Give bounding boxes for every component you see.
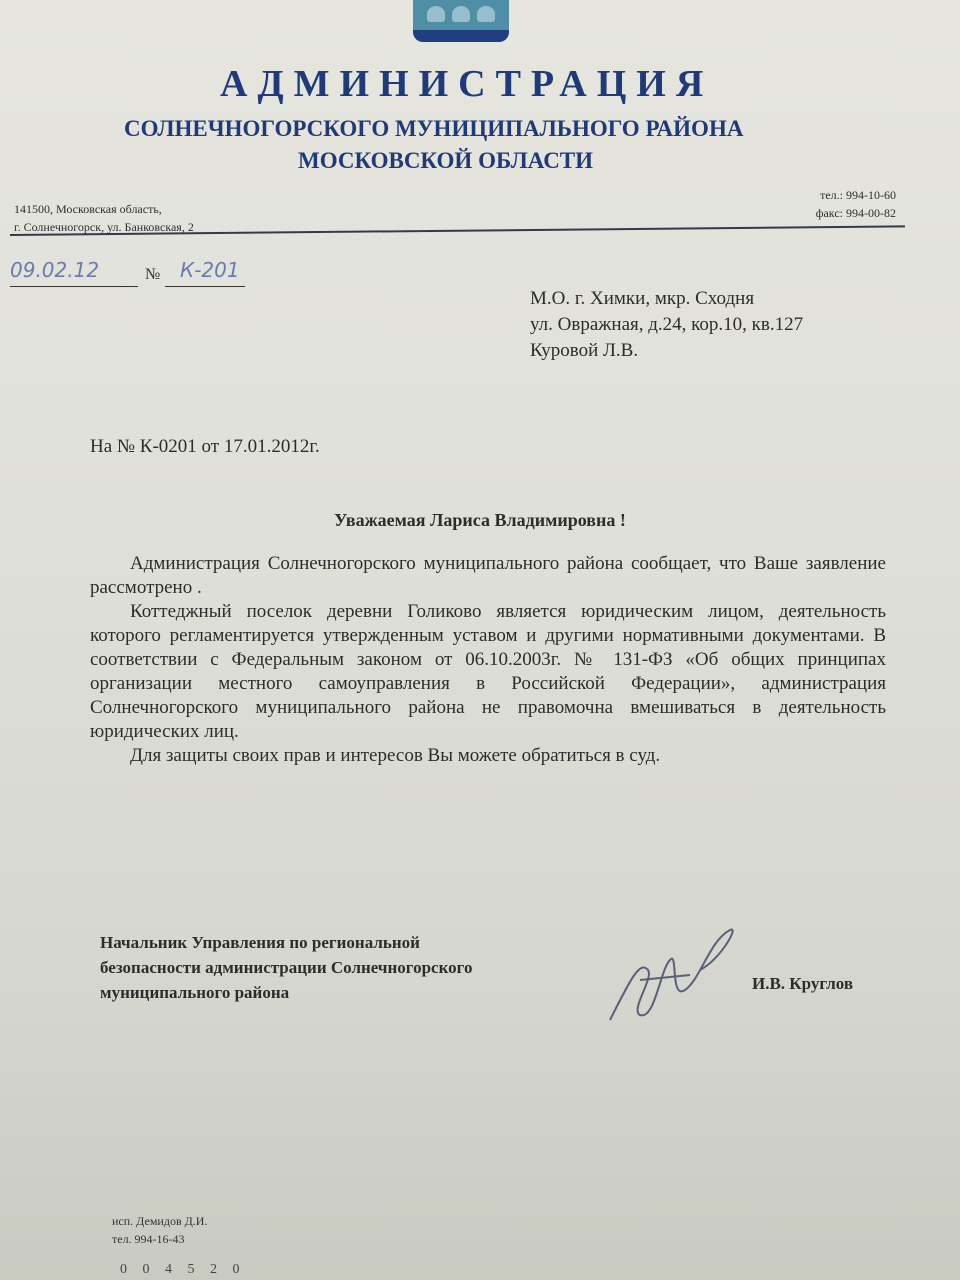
outgoing-number: К-201 <box>180 258 240 282</box>
recipient-block: М.О. г. Химки, мкр. Сходня ул. Овражная,… <box>530 286 803 364</box>
executor-phone: тел. 994-16-43 <box>112 1230 207 1248</box>
reference-line: На № К-0201 от 17.01.2012г. <box>90 436 320 458</box>
paragraph: Для защиты своих прав и интересов Вы мож… <box>90 744 886 768</box>
paragraph: Коттеджный поселок деревни Голиково явля… <box>90 600 886 744</box>
paragraph: Администрация Солнечногорского муниципал… <box>90 552 886 600</box>
phone: тел.: 994-10-60 <box>816 186 896 204</box>
signatory-title-line: муниципального района <box>100 980 472 1005</box>
sender-address: 141500, Московская область, г. Солнечног… <box>14 200 194 236</box>
signatory-name: И.В. Круглов <box>752 974 853 994</box>
executor-name: исп. Демидов Д.И. <box>112 1212 207 1230</box>
salutation: Уважаемая Лариса Владимировна ! <box>0 510 960 531</box>
signatory-title: Начальник Управления по региональной без… <box>100 930 472 1005</box>
date-underline <box>10 286 138 287</box>
recipient-line-1: М.О. г. Химки, мкр. Сходня <box>530 286 803 312</box>
executor-block: исп. Демидов Д.И. тел. 994-16-43 <box>112 1212 207 1248</box>
letter-body: Администрация Солнечногорского муниципал… <box>90 552 886 768</box>
outgoing-date: 09.02.12 <box>10 258 99 282</box>
address-line-1: 141500, Московская область, <box>14 200 194 218</box>
recipient-line-2: ул. Овражная, д.24, кор.10, кв.127 <box>530 312 803 338</box>
fax: факс: 994-00-82 <box>816 204 896 222</box>
handwritten-signature-icon <box>600 920 760 1040</box>
recipient-line-3: Куровой Л.В. <box>530 338 803 364</box>
letterhead-subtitle-1: СОЛНЕЧНОГОРСКОГО МУНИЦИПАЛЬНОГО РАЙОНА <box>124 116 743 142</box>
number-underline <box>165 286 245 287</box>
letterhead-subtitle-2: МОСКОВСКОЙ ОБЛАСТИ <box>298 148 593 174</box>
letter-page: АДМИНИСТРАЦИЯ СОЛНЕЧНОГОРСКОГО МУНИЦИПАЛ… <box>0 0 960 1280</box>
letterhead-title: АДМИНИСТРАЦИЯ <box>220 62 713 106</box>
form-serial-number: 0 0 4 5 2 0 <box>120 1262 246 1278</box>
sender-contacts: тел.: 994-10-60 факс: 994-00-82 <box>816 186 896 222</box>
coat-of-arms-icon <box>413 0 509 42</box>
signatory-title-line: безопасности администрации Солнечногорск… <box>100 955 472 980</box>
signatory-title-line: Начальник Управления по региональной <box>100 930 472 955</box>
number-sign: № <box>145 266 160 284</box>
